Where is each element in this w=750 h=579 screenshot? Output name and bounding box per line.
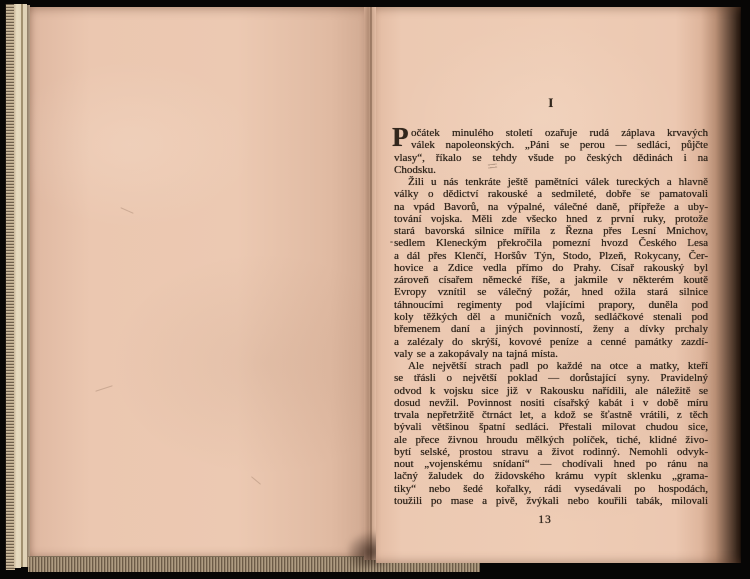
text-line: nout „vojenskému snídaní“ — chodívali hn… <box>394 458 708 470</box>
text-line: lačný žaludek do židovského krámu vypít … <box>394 470 708 482</box>
right-page: I P očátek minulého století ozařuje rudá… <box>376 7 741 563</box>
text-line: války o dědictví rakouské a sedmileté, d… <box>394 188 708 200</box>
text-line: táhnoucími regimenty pod vlajícími prapo… <box>394 299 708 311</box>
text-block: I P očátek minulého století ozařuje rudá… <box>394 95 708 526</box>
text-line: trvala nepřetržitě čtrnáct let, a kdož s… <box>394 409 708 421</box>
text-line: valy se a zakopávaly na tajná místa. <box>394 348 708 360</box>
text-line: a zalézaly do skrýší, kovové peníze a ce… <box>394 336 708 348</box>
text-line: sedlem Kleneckým překročila pomezní hvoz… <box>394 237 708 249</box>
text-line: Evropy vznítil se válečný požár, hned ož… <box>394 286 708 298</box>
spine-cream-strip <box>14 4 21 568</box>
left-page-blank <box>30 7 364 556</box>
text-line: a dál přes Klenčí, Horšův Týn, Stodo, Pl… <box>394 250 708 262</box>
gutter-crease <box>370 7 372 560</box>
chapter-heading: I <box>394 95 708 111</box>
text-line: na vpád Bavorů, na výpalné, válečné daně… <box>394 201 708 213</box>
text-line: vlasy“, říkalo se tehdy všude po českých… <box>394 152 708 164</box>
text-line: odvod k vojsku sice již v Rakousku naříd… <box>394 385 708 397</box>
text-line: Ale největší strach padl po každé na otc… <box>394 360 708 372</box>
text-line: hovice a Zdice vedla přímo do Prahy. Cís… <box>394 262 708 274</box>
text-line: se třásli o největší poklad — dorůstajíc… <box>394 372 708 384</box>
text-line: ale přece živnou hroudu mělkých políček,… <box>394 434 708 446</box>
text-line: stará bavorská silnice mířila z Řezna př… <box>394 225 708 237</box>
text-line: břemenem daní a jiných povinností, ženy … <box>394 323 708 335</box>
text-line: válek napoleonských. „Páni se perou — se… <box>394 139 708 151</box>
text-line: Chodsku. <box>394 164 708 176</box>
text-line: bytí selské, prostou stravu a život rodi… <box>394 446 708 458</box>
ink-speck <box>390 241 393 243</box>
text-line: tování vojska. Měli zde všecko hned z pr… <box>394 213 708 225</box>
text-line: bývali většinou špatní sedláci. Přestali… <box>394 421 708 433</box>
text-line: zároveň císařem německé říše, a jakmile … <box>394 274 708 286</box>
text-line: tiky“ nebo šedé kořalky, rádi vysedávali… <box>394 483 708 495</box>
text-lines: P očátek minulého století ozařuje rudá z… <box>394 127 708 507</box>
page-number: 13 <box>388 514 702 526</box>
text-line: toužili po mase a pivě, žvýkali nebo kou… <box>394 495 708 507</box>
text-line: koly těžkých děl a muničních vozů, sedlá… <box>394 311 708 323</box>
text-line: dosud nevžil. Povinnost nositi císařský … <box>394 397 708 409</box>
text-line: očátek minulého století ozařuje rudá záp… <box>394 127 708 139</box>
book-photo-stage: I P očátek minulého století ozařuje rudá… <box>0 0 750 579</box>
text-line: Žili u nás tenkráte ještě pamětníci vále… <box>394 176 708 188</box>
drop-cap-letter: P <box>392 124 409 151</box>
